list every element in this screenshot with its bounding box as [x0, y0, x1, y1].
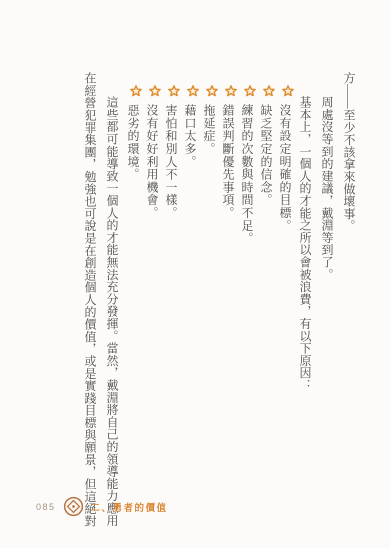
vertical-text-block: 方——至少不該拿來做壞事。 周處沒等到的建議，戴淵等到了。 基本上，一個人的才能…: [79, 72, 360, 534]
list-item: 惡劣的環境。: [123, 72, 142, 534]
list-item-text: 沒有好好利用機會。: [145, 104, 159, 219]
list-item-text: 缺乏堅定的信念。: [259, 104, 273, 206]
list-item: 錯誤判斷優先事項。: [218, 72, 237, 534]
chapter-title: 二、勇者的價值: [91, 500, 168, 514]
star-bullet-icon: [206, 85, 218, 97]
star-bullet-icon: [225, 85, 237, 97]
paragraph-3: 基本上，一個人的才能之所以會被浪費，有以下原因：: [294, 72, 316, 534]
star-bullet-icon: [149, 85, 161, 97]
page-number: 085: [36, 502, 56, 512]
list-item-text: 拖延症。: [202, 104, 216, 155]
reason-list: 沒有設定明確的目標。 缺乏堅定的信念。 練習的次數與時間不足。 錯誤判斷優先事項…: [123, 72, 294, 534]
list-item-text: 錯誤判斷優先事項。: [221, 104, 235, 219]
list-item-text: 害怕和別人不一樣。: [164, 104, 178, 219]
star-bullet-icon: [263, 85, 275, 97]
list-item: 藉口太多。: [180, 72, 199, 534]
list-item: 缺乏堅定的信念。: [256, 72, 275, 534]
paragraph-4: 這些都可能導致一個人的才能無法充分發揮。當然，戴淵將自己的領導能力應用在經營犯罪…: [79, 72, 123, 534]
star-bullet-icon: [187, 85, 199, 97]
star-bullet-icon: [244, 85, 256, 97]
list-item-text: 沒有設定明確的目標。: [278, 104, 292, 232]
star-bullet-icon: [168, 85, 180, 97]
list-item: 沒有好好利用機會。: [142, 72, 161, 534]
list-item: 沒有設定明確的目標。: [275, 72, 294, 534]
page-footer: 085 二、勇者的價值: [36, 496, 168, 517]
chapter-seal-icon: [63, 496, 84, 517]
list-item: 拖延症。: [199, 72, 218, 534]
list-item-text: 惡劣的環境。: [126, 104, 140, 181]
list-item-text: 練習的次數與時間不足。: [240, 104, 254, 245]
paragraph-2: 周處沒等到的建議，戴淵等到了。: [316, 72, 338, 534]
list-item-text: 藉口太多。: [183, 104, 197, 168]
paragraph-continuation: 方——至少不該拿來做壞事。: [338, 72, 360, 534]
star-bullet-icon: [282, 85, 294, 97]
star-bullet-icon: [130, 85, 142, 97]
list-item: 練習的次數與時間不足。: [237, 72, 256, 534]
list-item: 害怕和別人不一樣。: [161, 72, 180, 534]
book-page: 方——至少不該拿來做壞事。 周處沒等到的建議，戴淵等到了。 基本上，一個人的才能…: [0, 0, 390, 548]
